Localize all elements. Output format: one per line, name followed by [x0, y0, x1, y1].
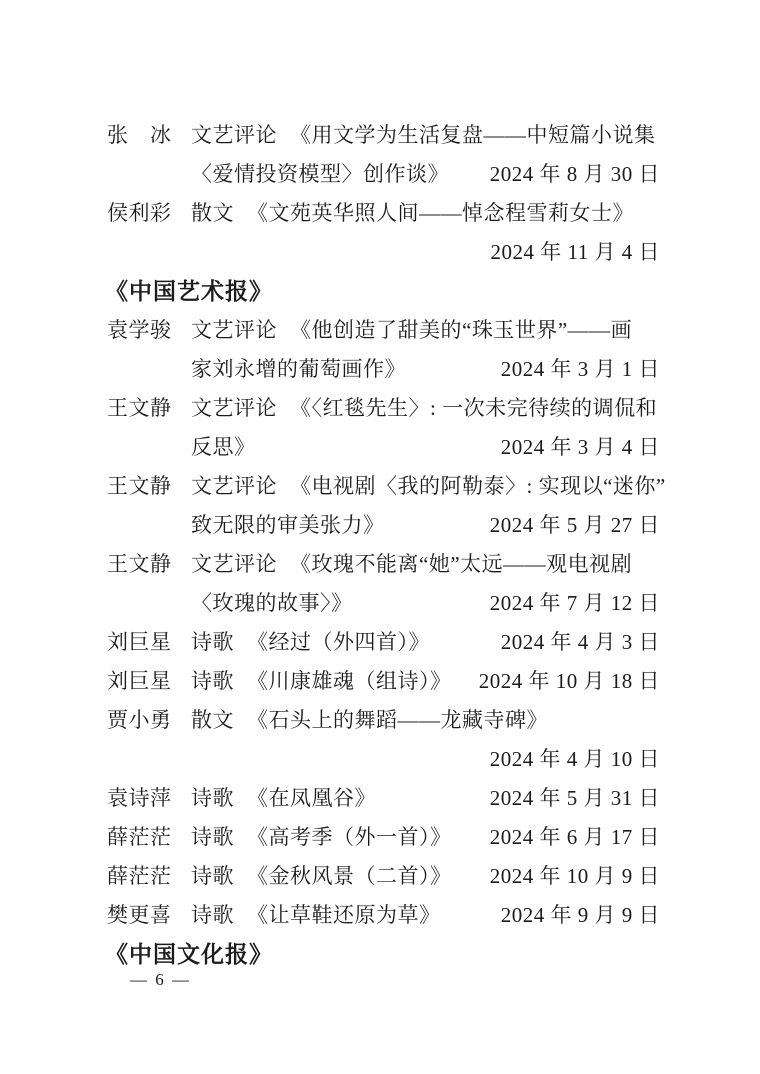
entry-line-continuation: 反思》 2024 年 3 月 4 日	[107, 428, 660, 467]
genre-label: 诗歌	[191, 662, 234, 701]
publish-date: 2024 年 5 月 27 日	[490, 506, 660, 545]
genre-label: 散文	[191, 194, 234, 233]
author-name: 王文静	[107, 389, 191, 428]
publish-date: 2024 年 7 月 12 日	[490, 584, 660, 623]
work-title: 〈玫瑰的故事〉》	[191, 584, 353, 623]
entry-line: 刘巨星 诗歌 《川康雄魂（组诗）》 2024 年 10 月 18 日	[107, 662, 660, 701]
work-title: 《石头上的舞蹈——龙藏寺碑》	[247, 701, 548, 740]
section-header: 《中国艺术报》	[105, 272, 660, 311]
entry-line: 薛茫茫 诗歌 《高考季（外一首）》 2024 年 6 月 17 日	[107, 818, 660, 857]
publish-date: 2024 年 6 月 17 日	[490, 818, 660, 857]
genre-label: 文艺评论	[191, 311, 277, 350]
page-number: — 6 —	[130, 969, 191, 991]
publication-list: 张 冰 文艺评论 《用文学为生活复盘——中短篇小说集 〈爱情投资模型〉创作谈》 …	[107, 116, 660, 974]
author-name: 袁诗萍	[107, 779, 191, 818]
author-name: 王文静	[107, 467, 191, 506]
work-title: 家刘永增的葡萄画作》	[191, 350, 406, 389]
entry-line-continuation: 〈爱情投资模型〉创作谈》 2024 年 8 月 30 日	[107, 155, 660, 194]
entry-line: 樊更喜 诗歌 《让草鞋还原为草》 2024 年 9 月 9 日	[107, 896, 660, 935]
entry-line-continuation: 〈玫瑰的故事〉》 2024 年 7 月 12 日	[107, 584, 660, 623]
entry-line: 王文静 文艺评论 《玫瑰不能离“她”太远——观电视剧	[107, 545, 660, 584]
publish-date: 2024 年 3 月 4 日	[501, 428, 660, 467]
author-name: 刘巨星	[107, 662, 191, 701]
document-page: 张 冰 文艺评论 《用文学为生活复盘——中短篇小说集 〈爱情投资模型〉创作谈》 …	[0, 0, 760, 1074]
genre-label: 文艺评论	[191, 389, 277, 428]
genre-label: 诗歌	[191, 779, 234, 818]
date-line: 2024 年 11 月 4 日	[107, 233, 660, 272]
entry-line: 薛茫茫 诗歌 《金秋风景（二首）》 2024 年 10 月 9 日	[107, 857, 660, 896]
entry-line: 袁学骏 文艺评论 《他创造了甜美的“珠玉世界”——画	[107, 311, 660, 350]
author-name: 王文静	[107, 545, 191, 584]
publish-date: 2024 年 10 月 9 日	[490, 857, 660, 896]
entry-line: 袁诗萍 诗歌 《在凤凰谷》 2024 年 5 月 31 日	[107, 779, 660, 818]
genre-label: 诗歌	[191, 857, 234, 896]
genre-label: 文艺评论	[191, 467, 277, 506]
work-title: 《用文学为生活复盘——中短篇小说集	[290, 116, 656, 155]
author-name: 贾小勇	[107, 701, 191, 740]
publish-date: 2024 年 5 月 31 日	[490, 779, 660, 818]
entry-line: 王文静 文艺评论 《电视剧〈我的阿勒泰〉: 实现以“迷你”	[107, 467, 660, 506]
date-line: 2024 年 4 月 10 日	[107, 740, 660, 779]
genre-label: 诗歌	[191, 818, 234, 857]
section-header-title: 《中国艺术报》	[105, 272, 273, 311]
work-title: 《让草鞋还原为草》	[247, 896, 441, 935]
entry-line-continuation: 致无限的审美张力》 2024 年 5 月 27 日	[107, 506, 660, 545]
work-title: 致无限的审美张力》	[191, 506, 385, 545]
entry-line: 贾小勇 散文 《石头上的舞蹈——龙藏寺碑》	[107, 701, 660, 740]
author-name: 薛茫茫	[107, 818, 191, 857]
publish-date: 2024 年 4 月 3 日	[501, 623, 660, 662]
author-name: 薛茫茫	[107, 857, 191, 896]
work-title: 《〈红毯先生〉: 一次未完待续的调侃和	[290, 389, 657, 428]
publish-date: 2024 年 3 月 1 日	[501, 350, 660, 389]
work-title: 《玫瑰不能离“她”太远——观电视剧	[290, 545, 632, 584]
publish-date: 2024 年 10 月 18 日	[479, 662, 660, 701]
work-title: 《经过（外四首）》	[247, 623, 430, 662]
author-name: 张 冰	[107, 116, 191, 155]
work-title: 《他创造了甜美的“珠玉世界”——画	[290, 311, 632, 350]
publish-date: 2024 年 8 月 30 日	[490, 155, 660, 194]
genre-label: 文艺评论	[191, 545, 277, 584]
author-name: 樊更喜	[107, 896, 191, 935]
work-title: 《电视剧〈我的阿勒泰〉: 实现以“迷你”	[290, 467, 666, 506]
genre-label: 文艺评论	[191, 116, 277, 155]
publish-date: 2024 年 4 月 10 日	[490, 740, 660, 779]
author-name: 侯利彩	[107, 194, 191, 233]
genre-label: 散文	[191, 701, 234, 740]
work-title: 《文苑英华照人间——悼念程雪莉女士》	[247, 194, 634, 233]
work-title: 〈爱情投资模型〉创作谈》	[191, 155, 449, 194]
work-title: 反思》	[191, 428, 256, 467]
genre-label: 诗歌	[191, 896, 234, 935]
work-title: 《高考季（外一首）》	[247, 818, 452, 857]
publish-date: 2024 年 11 月 4 日	[491, 233, 660, 272]
work-title: 《金秋风景（二首）》	[247, 857, 452, 896]
entry-line: 刘巨星 诗歌 《经过（外四首）》 2024 年 4 月 3 日	[107, 623, 660, 662]
genre-label: 诗歌	[191, 623, 234, 662]
author-name: 刘巨星	[107, 623, 191, 662]
work-title: 《川康雄魂（组诗）》	[247, 662, 452, 701]
entry-line: 侯利彩 散文 《文苑英华照人间——悼念程雪莉女士》	[107, 194, 660, 233]
entry-line: 张 冰 文艺评论 《用文学为生活复盘——中短篇小说集	[107, 116, 660, 155]
entry-line: 王文静 文艺评论 《〈红毯先生〉: 一次未完待续的调侃和	[107, 389, 660, 428]
work-title: 《在凤凰谷》	[247, 779, 376, 818]
author-name: 袁学骏	[107, 311, 191, 350]
publish-date: 2024 年 9 月 9 日	[501, 896, 660, 935]
entry-line-continuation: 家刘永增的葡萄画作》 2024 年 3 月 1 日	[107, 350, 660, 389]
